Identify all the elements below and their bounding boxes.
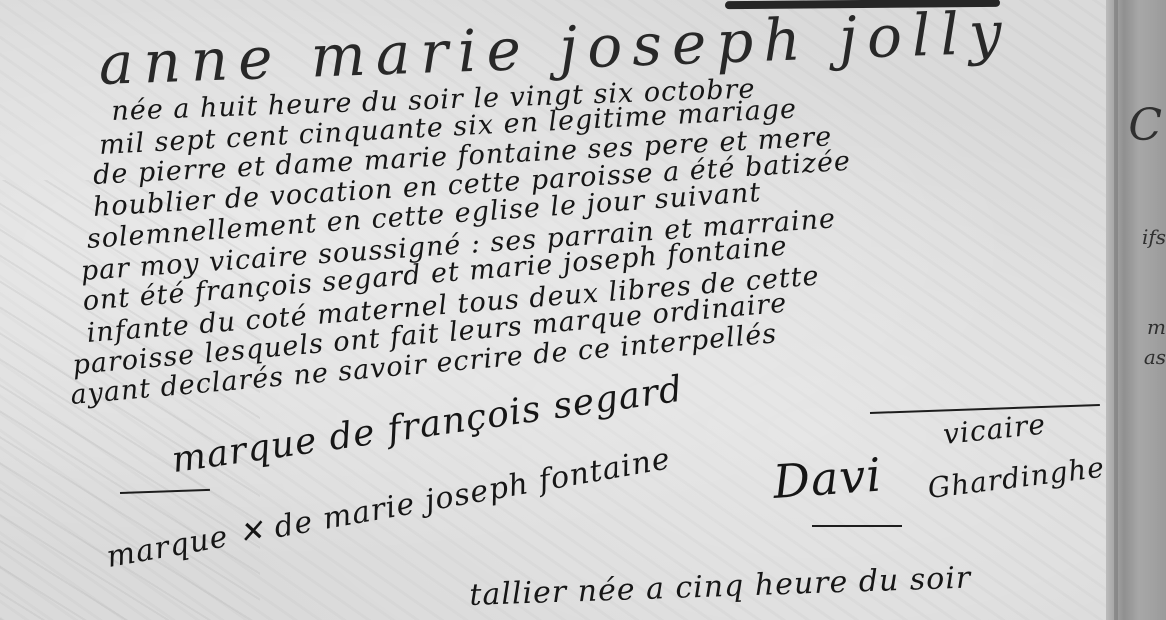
margin-fragment-4: as xyxy=(1144,345,1166,369)
place-signature: Ghardinghem xyxy=(926,447,1134,505)
closing-flourish-line xyxy=(870,404,1100,414)
register-page-scan: anne marie joseph jolly née a huit heure… xyxy=(0,0,1166,620)
page-edge xyxy=(1114,0,1118,620)
priest-signature: Davi xyxy=(771,448,884,509)
signature-underline xyxy=(812,525,902,527)
next-entry-fragment: tallier née a cinq heure du soir xyxy=(469,560,972,613)
priest-title: vicaire xyxy=(942,407,1048,451)
margin-fragment-1: C xyxy=(1128,100,1162,151)
margin-fragment-2: ifs xyxy=(1142,225,1166,249)
margin-fragment-3: m xyxy=(1147,315,1166,339)
